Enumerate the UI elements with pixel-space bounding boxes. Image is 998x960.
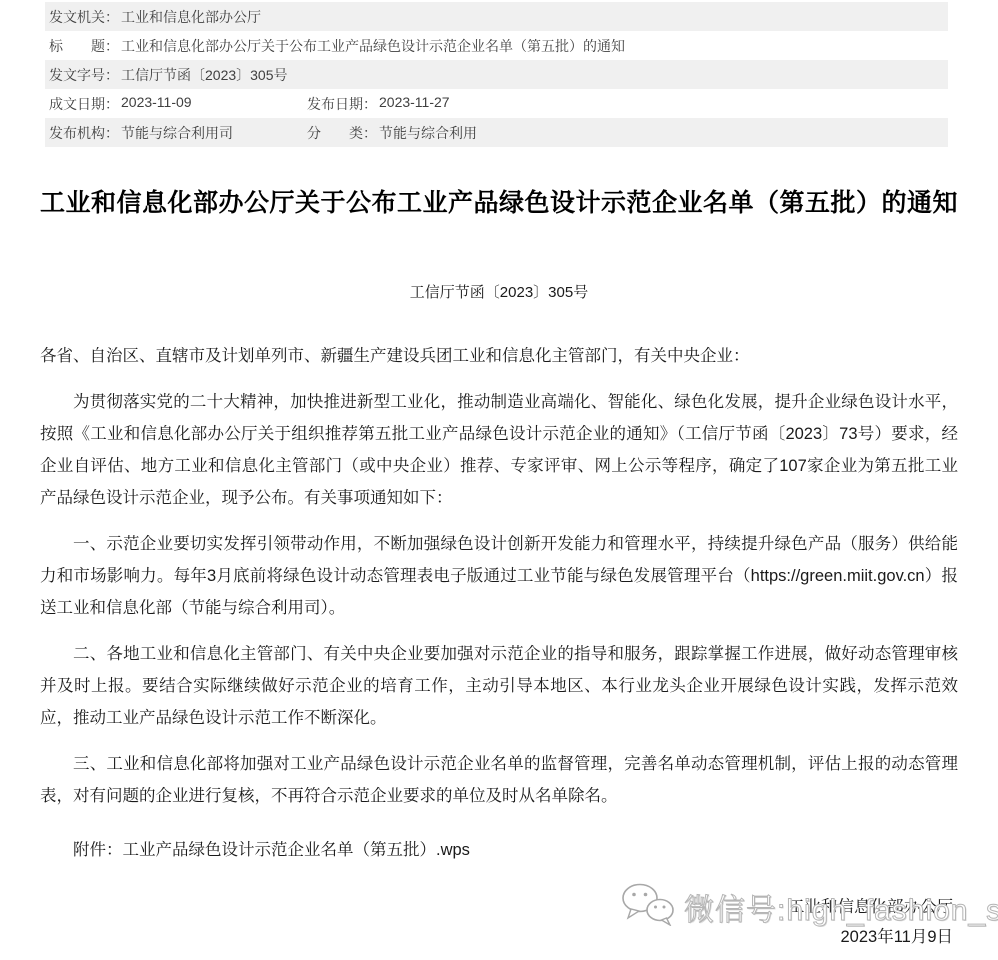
doc-number-label: 发文字号：	[49, 65, 119, 85]
written-date-value: 2023-11-09	[121, 94, 192, 114]
sign-date: 2023年11月9日	[0, 922, 953, 952]
paragraph-item-2: 二、各地工业和信息化主管部门、有关中央企业要加强对示范企业的指导和服务，跟踪掌握…	[40, 638, 958, 734]
written-date-pair: 成文日期： 2023-11-09	[49, 94, 307, 114]
issuing-org-label: 发文机关：	[49, 7, 119, 27]
meta-row-doc-number: 发文字号： 工信厅节函〔2023〕305号	[45, 60, 948, 89]
document-body: 各省、自治区、直辖市及计划单列市、新疆生产建设兵团工业和信息化主管部门，有关中央…	[40, 340, 958, 866]
category-label: 分 类：	[307, 123, 377, 143]
page-title: 工业和信息化部办公厅关于公布工业产品绿色设计示范企业名单（第五批）的通知	[0, 183, 998, 219]
paragraph-item-3: 三、工业和信息化部将加强对工业产品绿色设计示范企业名单的监督管理，完善名单动态管…	[40, 748, 958, 812]
doc-number-value: 工信厅节函〔2023〕305号	[121, 65, 288, 85]
publish-date-label: 发布日期：	[307, 94, 377, 114]
written-date-label: 成文日期：	[49, 94, 119, 114]
title-label: 标 题：	[49, 36, 119, 56]
metadata-table: 发文机关： 工业和信息化部办公厅 标 题： 工业和信息化部办公厅关于公布工业产品…	[45, 2, 948, 147]
meta-row-issuing-org: 发文机关： 工业和信息化部办公厅	[45, 2, 948, 31]
signature-block: 工业和信息化部办公厅 2023年11月9日	[0, 892, 953, 952]
category-pair: 分 类： 节能与综合利用	[307, 123, 477, 143]
publisher-pair: 发布机构： 节能与综合利用司	[49, 123, 307, 143]
attachment-link[interactable]: 工业产品绿色设计示范企业名单（第五批）.wps	[123, 841, 470, 859]
title-value: 工业和信息化部办公厅关于公布工业产品绿色设计示范企业名单（第五批）的通知	[121, 36, 625, 56]
publisher-value: 节能与综合利用司	[121, 123, 233, 143]
publisher-label: 发布机构：	[49, 123, 119, 143]
attachment-line: 附件：工业产品绿色设计示范企业名单（第五批）.wps	[40, 834, 958, 866]
meta-row-dates: 成文日期： 2023-11-09 发布日期： 2023-11-27	[45, 89, 948, 118]
issuing-org-value: 工业和信息化部办公厅	[121, 7, 261, 27]
category-value: 节能与综合利用	[379, 123, 477, 143]
meta-row-publisher: 发布机构： 节能与综合利用司 分 类： 节能与综合利用	[45, 118, 948, 147]
attachment-label: 附件：	[73, 841, 123, 859]
paragraph-intro: 为贯彻落实党的二十大精神，加快推进新型工业化，推动制造业高端化、智能化、绿色化发…	[40, 386, 958, 514]
paragraph-item-1: 一、示范企业要切实发挥引领带动作用，不断加强绿色设计创新开发能力和管理水平，持续…	[40, 528, 958, 624]
publish-date-pair: 发布日期： 2023-11-27	[307, 94, 450, 114]
signer-name: 工业和信息化部办公厅	[0, 892, 953, 922]
publish-date-value: 2023-11-27	[379, 94, 450, 114]
salutation: 各省、自治区、直辖市及计划单列市、新疆生产建设兵团工业和信息化主管部门，有关中央…	[40, 340, 958, 372]
document-number: 工信厅节函〔2023〕305号	[0, 281, 998, 302]
meta-row-title: 标 题： 工业和信息化部办公厅关于公布工业产品绿色设计示范企业名单（第五批）的通…	[45, 31, 948, 60]
